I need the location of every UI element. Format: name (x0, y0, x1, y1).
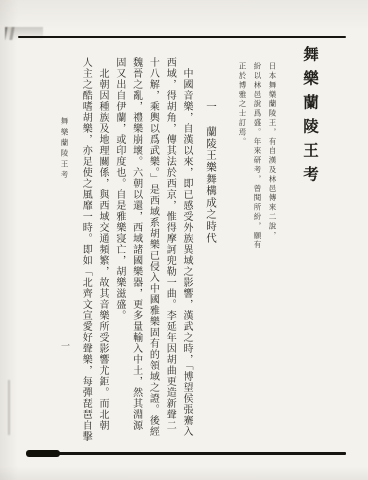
scan-smudge (5, 27, 43, 40)
page-number: 一 (61, 339, 70, 352)
note-column: 紛以林邑說爲盛。年來研考，曾閱所紛，願有 (248, 62, 263, 247)
main-text-column: 北朝因種族及地理關係，與西域交通頻繁，故其音樂所受影響尤鉅。而北朝 (93, 57, 110, 442)
scan-crease (8, 380, 10, 435)
margin-running-title: 舞樂蘭陵王考 (59, 117, 70, 197)
main-text-column: 十八解，乘輿以爲武樂。」是西域系胡樂已侵入中國雅樂固有的領域之證。後經 (144, 57, 161, 442)
bottom-rule-blob (26, 450, 60, 457)
note-column: 日本舞樂蘭陵王，有自漢及林邑傳來二說， (263, 62, 278, 247)
main-text-column: 人主之酷嗜胡樂，亦足使之風靡一時。即如「北齊文宣愛好聲樂，每彈琵琶自擊 (76, 57, 93, 442)
annotation-note: 日本舞樂蘭陵王，有自漢及林邑傳來二說， 紛以林邑說爲盛。年來研考，曾閱所紛，願有… (232, 62, 278, 247)
section-title: 蘭陵王樂舞構成之時代 (205, 126, 216, 244)
section-heading: 一蘭陵王樂舞構成之時代 (203, 101, 218, 271)
main-text-column: 中國音樂，自漢以來，即已感受外族異域之影響，漢武之時，「博望侯張騫入 (177, 57, 194, 442)
main-text-column: 西域，得胡角，傳其法於西京，惟得摩訶兜勒一曲。李延年因胡曲更造新聲二 (160, 57, 177, 442)
note-column: 正於博雅之士訂焉。 (233, 62, 248, 247)
scanned-page: 舞樂蘭陵王考 日本舞樂蘭陵王，有自漢及林邑傳來二說， 紛以林邑說爲盛。年來研考，… (0, 0, 368, 480)
section-number: 一 (205, 101, 216, 113)
page-title: 舞樂蘭陵王考 (298, 46, 320, 216)
main-text-column: 魏晉之亂，禮樂崩壞。六朝以還，西域諸國樂器，更多量輸入中土，然其淵源 (127, 57, 144, 442)
top-rule (18, 36, 346, 38)
main-text: 中國音樂，自漢以來，即已感受外族異域之影響，漢武之時，「博望侯張騫入 西域，得胡… (76, 57, 194, 442)
main-text-column: 固又出自伊蘭，或印度也。自是雅樂寖亡，胡樂滋盛。 (110, 57, 127, 442)
bottom-rule (28, 452, 346, 455)
